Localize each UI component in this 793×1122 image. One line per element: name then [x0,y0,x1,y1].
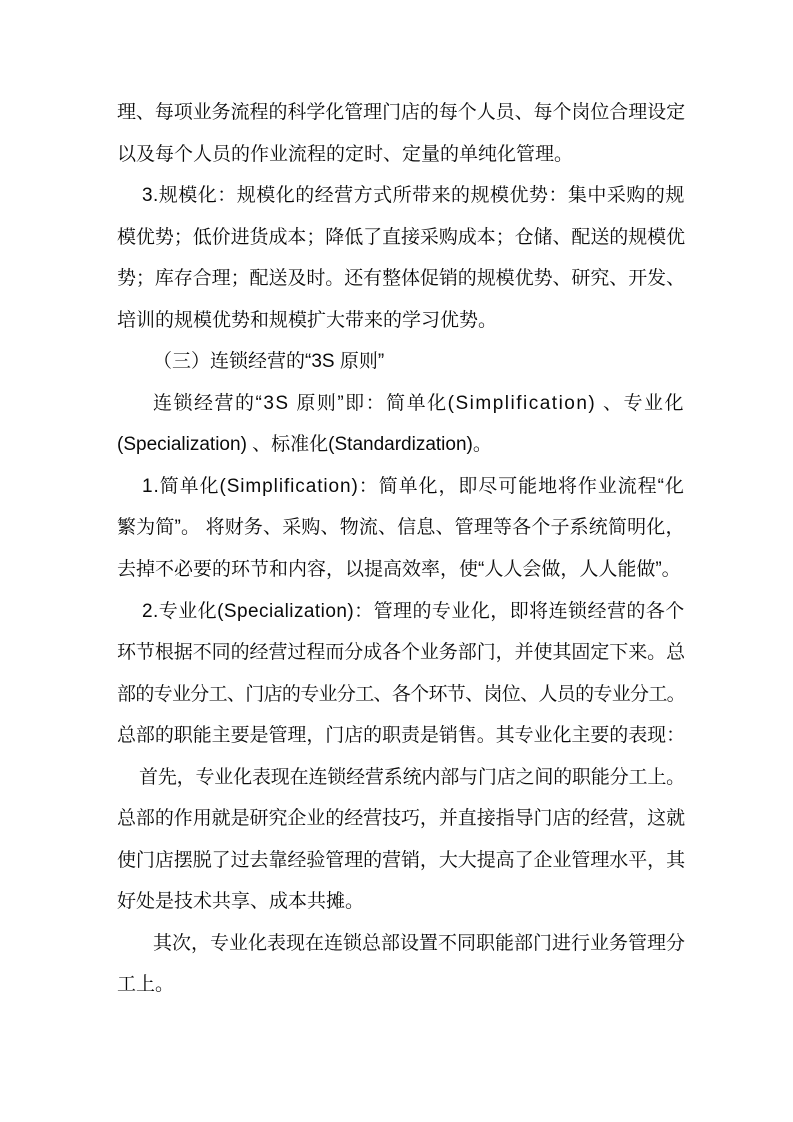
line-text: 总部的职能主要是管理，门店的职责是销售。其专业化主要的表现： [117,725,685,746]
text-line: （三）连锁经营的“3S 原则” [117,341,685,383]
text-line: 连锁经营的“3S 原则”即：简单化(Simplification) 、专业化 [117,383,685,425]
document-body: 理、每项业务流程的科学化管理门店的每个人员、每个岗位合理设定以及每个人员的作业流… [117,92,685,1006]
line-text: 培训的规模优势和规模扩大带来的学习优势。 [117,310,497,331]
line-text: 以及每个人员的作业流程的定时、定量的单纯化管理。 [117,144,573,165]
line-text: (Specialization) 、标准化(Standardization)。 [117,434,492,455]
text-line: 总部的作用就是研究企业的经营技巧，并直接指导门店的经营，这就 [117,798,685,840]
line-text: 环节根据不同的经营过程而分成各个业务部门，并使其固定下来。总 [117,642,685,663]
text-line: 总部的职能主要是管理，门店的职责是销售。其专业化主要的表现： [117,715,685,757]
text-line: 其次，专业化表现在连锁总部设置不同职能部门进行业务管理分 [117,923,685,965]
text-line: 去掉不必要的环节和内容，以提高效率，使“人人会做，人人能做”。 [117,549,685,591]
line-text: 去掉不必要的环节和内容，以提高效率，使“人人会做，人人能做”。 [117,559,681,580]
document-page: 理、每项业务流程的科学化管理门店的每个人员、每个岗位合理设定以及每个人员的作业流… [0,0,793,1122]
text-line: 繁为简”。 将财务、采购、物流、信息、管理等各个子系统简明化， [117,507,685,549]
line-text: 使门店摆脱了过去靠经验管理的营销，大大提高了企业管理水平，其 [117,850,685,871]
text-line: 使门店摆脱了过去靠经验管理的营销，大大提高了企业管理水平，其 [117,840,685,882]
line-text: 部的专业分工、门店的专业分工、各个环节、岗位、人员的专业分工。 [117,684,685,705]
text-line: 工上。 [117,964,685,1006]
line-text: 繁为简”。 将财务、采购、物流、信息、管理等各个子系统简明化， [117,517,685,538]
line-text: 其次，专业化表现在连锁总部设置不同职能部门进行业务管理分 [153,933,685,954]
line-text: 连锁经营的“3S 原则”即：简单化(Simplification) 、专业化 [153,393,685,414]
text-line: 环节根据不同的经营过程而分成各个业务部门，并使其固定下来。总 [117,632,685,674]
line-text: 1.简单化(Simplification)：简单化，即尽可能地将作业流程“化 [142,476,685,497]
text-line: (Specialization) 、标准化(Standardization)。 [117,424,685,466]
text-line: 2.专业化(Specialization)：管理的专业化，即将连锁经营的各个 [117,591,685,633]
text-line: 部的专业分工、门店的专业分工、各个环节、岗位、人员的专业分工。 [117,674,685,716]
text-line: 模优势；低价进货成本；降低了直接采购成本；仓储、配送的规模优 [117,217,685,259]
line-text: 总部的作用就是研究企业的经营技巧，并直接指导门店的经营，这就 [117,808,685,829]
text-line: 首先，专业化表现在连锁经营系统内部与门店之间的职能分工上。 [117,757,685,799]
text-line: 势；库存合理；配送及时。还有整体促销的规模优势、研究、开发、 [117,258,685,300]
line-text: 势；库存合理；配送及时。还有整体促销的规模优势、研究、开发、 [117,268,685,289]
text-line: 以及每个人员的作业流程的定时、定量的单纯化管理。 [117,134,685,176]
line-text: （三）连锁经营的“3S 原则” [153,351,384,372]
text-line: 好处是技术共享、成本共摊。 [117,881,685,923]
text-line: 理、每项业务流程的科学化管理门店的每个人员、每个岗位合理设定 [117,92,685,134]
line-text: 3.规模化：规模化的经营方式所带来的规模优势：集中采购的规 [142,185,685,206]
line-text: 理、每项业务流程的科学化管理门店的每个人员、每个岗位合理设定 [117,102,685,123]
line-text: 首先，专业化表现在连锁经营系统内部与门店之间的职能分工上。 [139,767,685,788]
text-line: 培训的规模优势和规模扩大带来的学习优势。 [117,300,685,342]
line-text: 2.专业化(Specialization)：管理的专业化，即将连锁经营的各个 [142,601,685,622]
line-text: 模优势；低价进货成本；降低了直接采购成本；仓储、配送的规模优 [117,227,685,248]
line-text: 工上。 [117,974,174,995]
line-text: 好处是技术共享、成本共摊。 [117,891,364,912]
text-line: 1.简单化(Simplification)：简单化，即尽可能地将作业流程“化 [117,466,685,508]
text-line: 3.规模化：规模化的经营方式所带来的规模优势：集中采购的规 [117,175,685,217]
